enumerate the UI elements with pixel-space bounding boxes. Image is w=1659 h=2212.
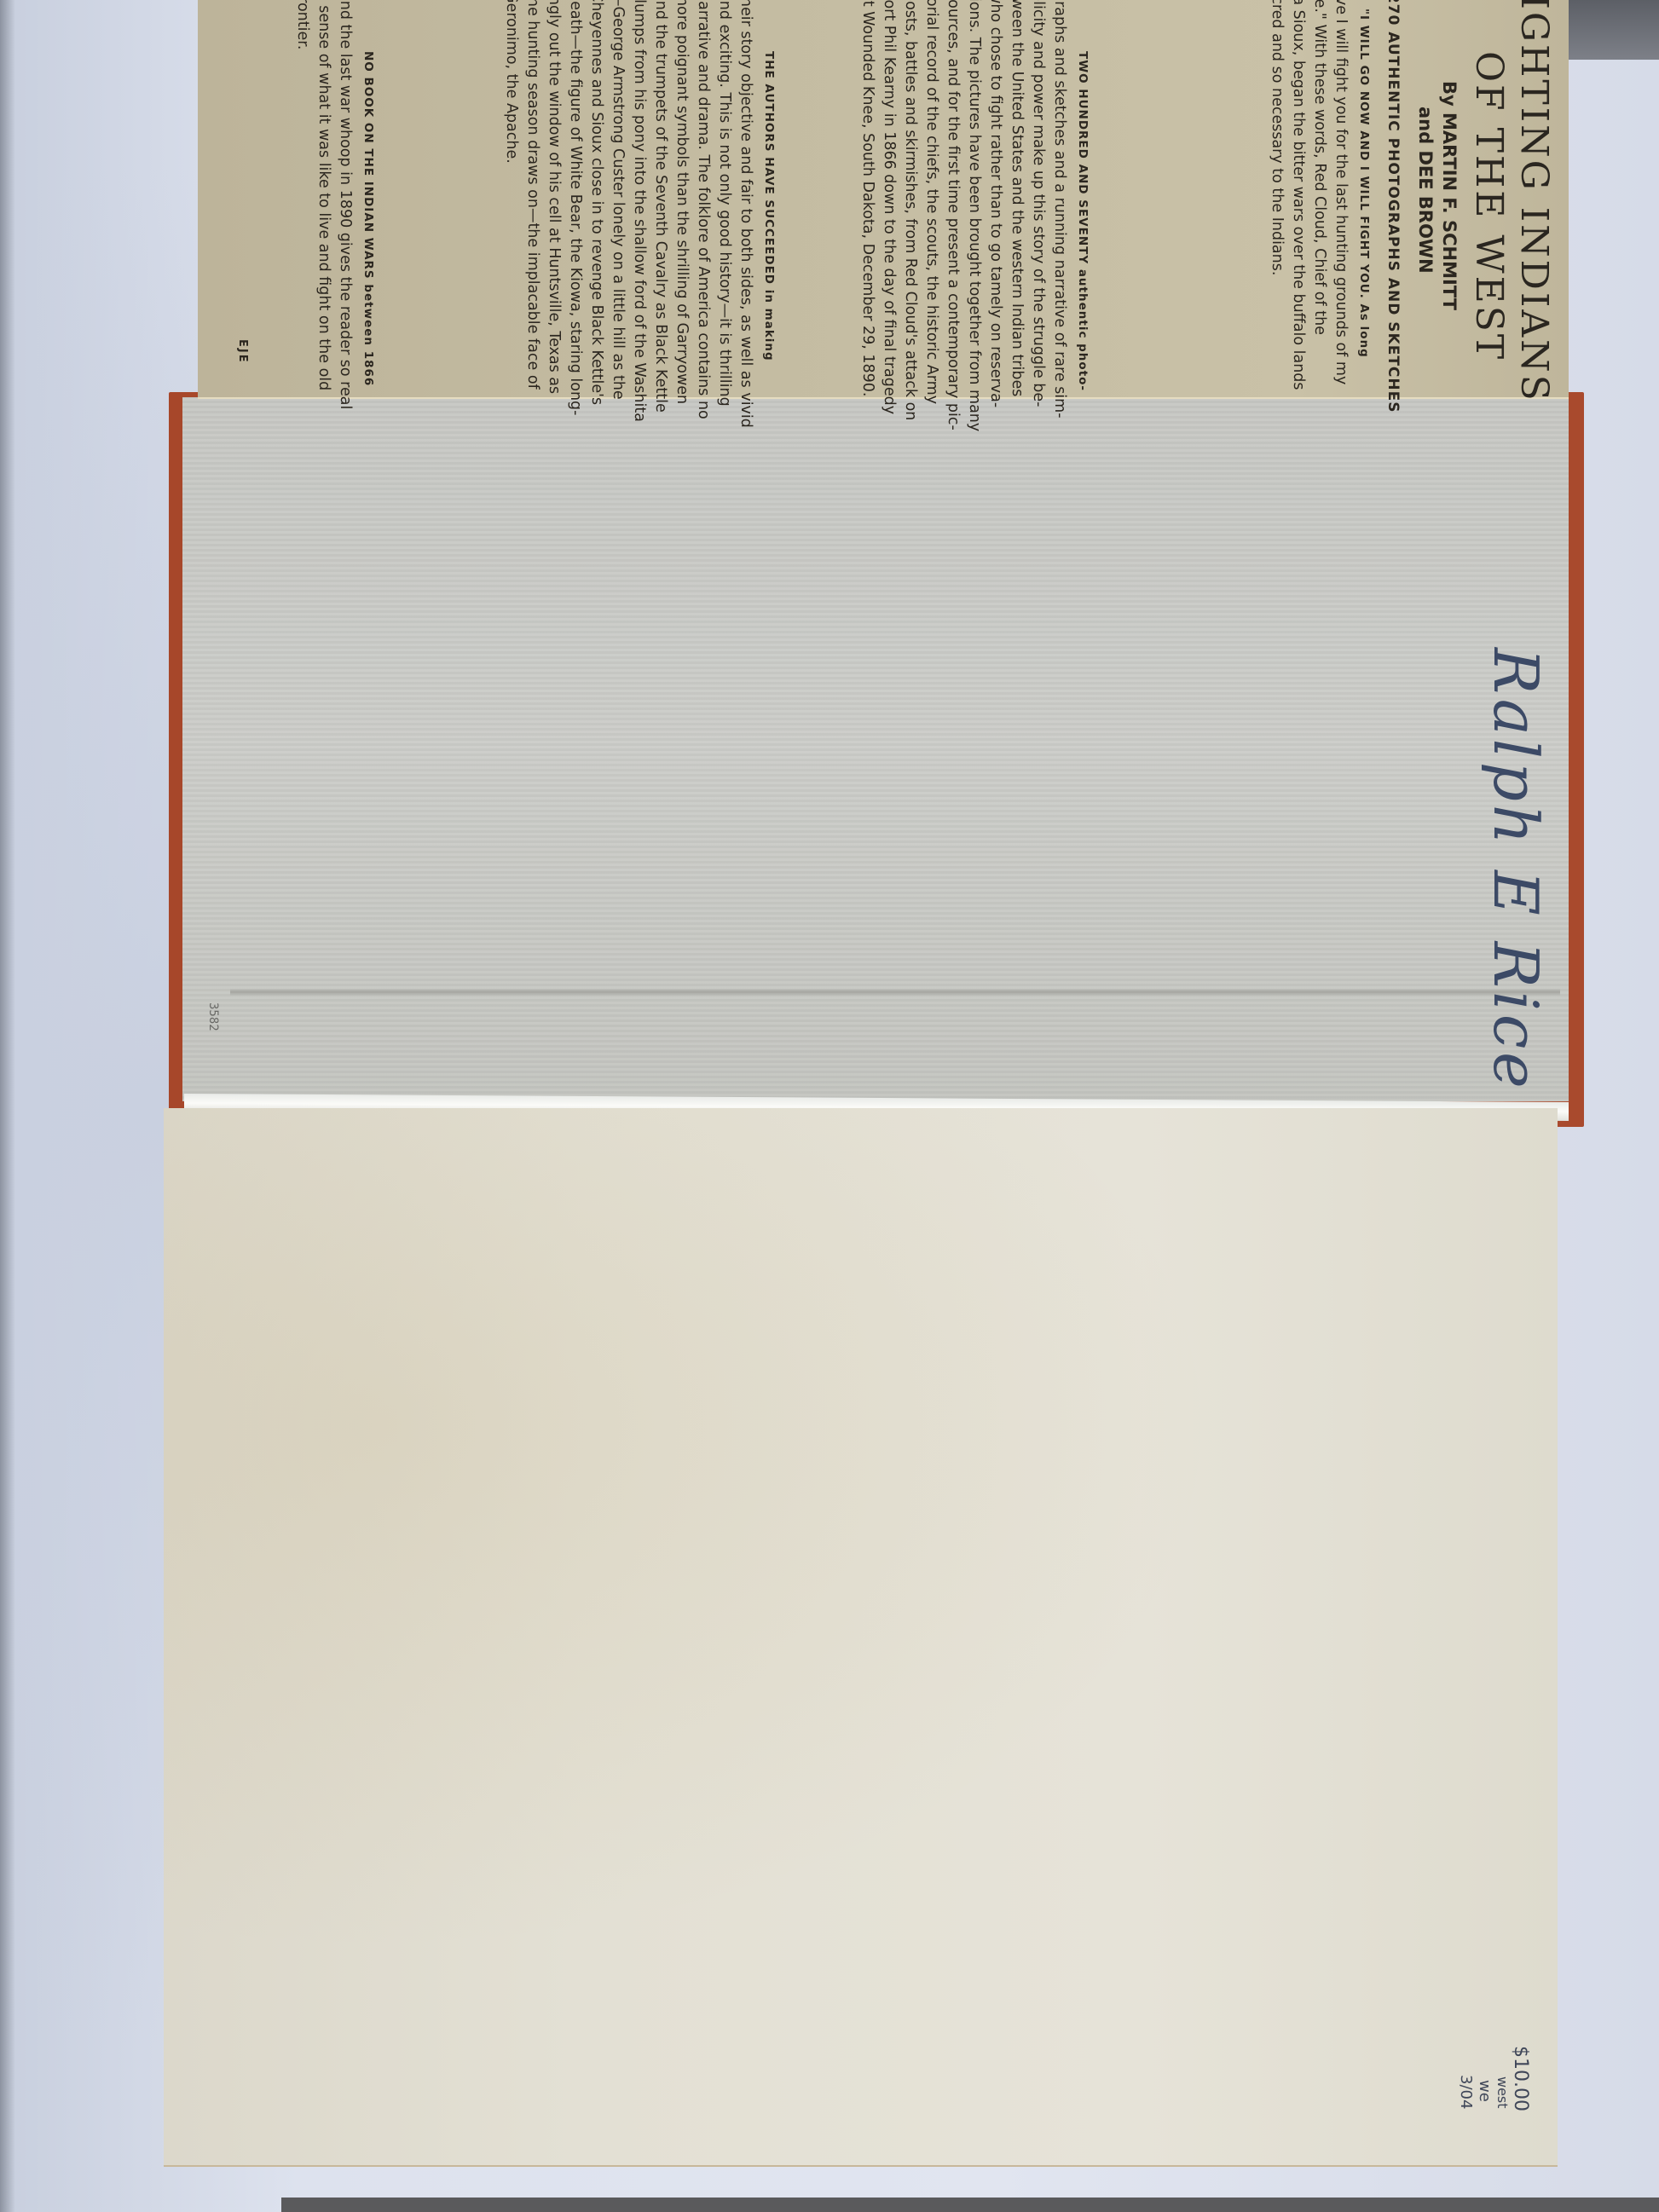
para2-line: tions. The pictures have been brought to…: [966, 0, 983, 431]
para3-line: Geronimo, the Apache.: [503, 0, 520, 164]
para3-line: narrative and drama. The folklore of Ame…: [695, 0, 712, 419]
para2-line: at Wounded Knee, South Dakota, December …: [859, 0, 876, 396]
subtitle: WITH 270 AUTHENTIC PHOTOGRAPHS AND SKETC…: [1384, 0, 1402, 413]
para3-line: the hunting season draws on—the implacab…: [524, 0, 541, 390]
author-line-1: By MARTIN F. SCHMITT: [1439, 81, 1460, 310]
para4-line: a sense of what it was like to live and …: [315, 0, 332, 390]
para3-line: more poignant symbols than the shrilling…: [673, 0, 691, 404]
para4-line: and the last war whoop in 1890 gives the…: [337, 0, 354, 409]
para3-line: THE AUTHORS HAVE SUCCEEDED in making: [762, 51, 776, 361]
para3-line: death—the figure of White Bear, the Kiow…: [567, 0, 584, 416]
para3-line: slumps from his pony into the shallow fo…: [631, 0, 648, 422]
background-object: [1560, 0, 1659, 60]
price-line: $10.00: [1510, 2046, 1531, 2111]
price-line: we: [1476, 2080, 1494, 2102]
para2-line: TWO HUNDRED AND SEVENTY authentic photo-: [1076, 51, 1090, 391]
para2-line: sources, and for the first time present …: [945, 0, 962, 430]
shadow-edge: [0, 0, 15, 2212]
para1-line: people." With these words, Red Cloud, Ch…: [1311, 0, 1328, 335]
para3-line: Cheyennes and Sioux close in to revenge …: [588, 0, 605, 405]
para1-line: Oglala Sioux, began the bitter wars over…: [1290, 0, 1307, 390]
para3-line: their story objective and fair to both s…: [737, 0, 754, 428]
background-object: [281, 2198, 1659, 2212]
para3-line: and the trumpets of the Seventh Cavalry …: [652, 0, 669, 413]
para4-line: NO BOOK ON THE INDIAN WARS between 1866: [361, 51, 375, 386]
para3-line: and exciting. This is not only good hist…: [716, 0, 733, 407]
stamp-mark: 3582: [169, 1002, 220, 1021]
para2-line: who chose to fight rather than to go tam…: [987, 0, 1004, 407]
para1-line: "I WILL GO NOW AND I WILL FIGHT YOU. As …: [1357, 9, 1371, 358]
para2-line: Fort Phil Kearny in 1866 down to the day…: [881, 0, 898, 414]
para2-line: tween the United States and the western …: [1009, 0, 1026, 396]
price-line: west: [1494, 2076, 1511, 2109]
para1-line: as I live I will fight you for the last …: [1332, 0, 1350, 384]
jacket-flap-text: FIGHTING INDIANS OF THE WEST By MARTIN F…: [1168, 0, 1569, 1389]
book-title-line-1: FIGHTING INDIANS: [1512, 0, 1556, 403]
para3-line: ingly out the window of his cell at Hunt…: [546, 0, 563, 394]
para3-line: —George Armstrong Custer lonely on a lit…: [610, 0, 627, 400]
designer-initials: EJE: [236, 339, 249, 364]
para2-line: plicity and power make up this story of …: [1030, 0, 1047, 407]
book-title-line-2: OF THE WEST: [1467, 51, 1511, 361]
para1-line: so sacred and so necessary to the Indian…: [1269, 0, 1286, 275]
author-line-2: and DEE BROWN: [1415, 107, 1436, 274]
para2-line: graphs and sketches and a running narrat…: [1051, 0, 1068, 419]
para2-line: posts, battles and skirmishes, from Red …: [902, 0, 919, 420]
price-note: $10.00 west we 3/04: [1449, 2046, 1535, 2148]
price-line: 3/04: [1457, 2075, 1475, 2109]
para4-line: frontier.: [294, 0, 311, 49]
para2-line: torial record of the chiefs, the scouts,…: [923, 0, 940, 404]
